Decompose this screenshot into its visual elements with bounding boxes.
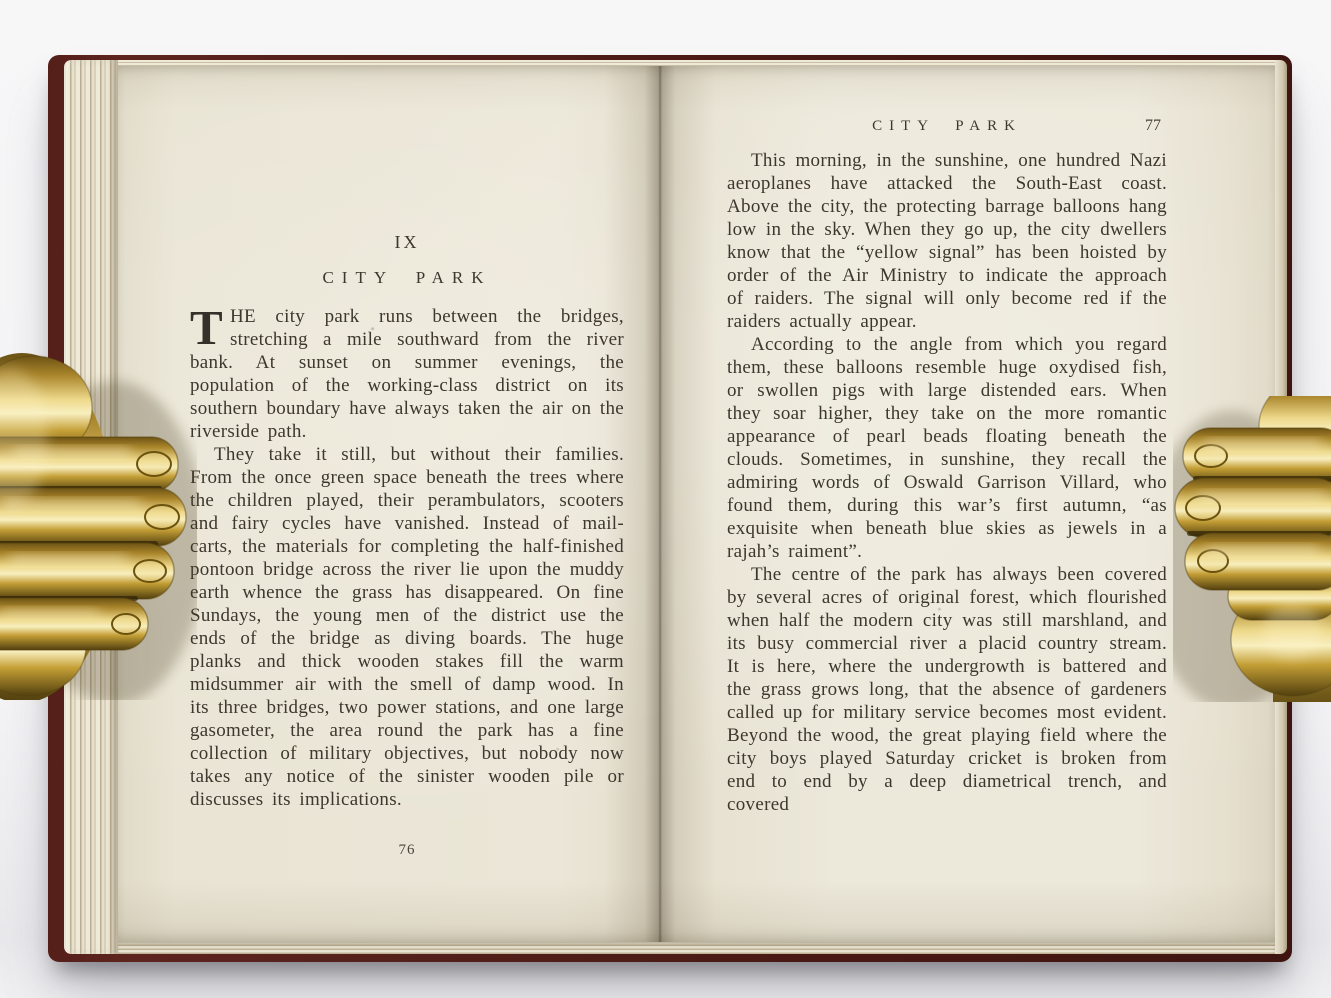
- open-pages: IX CITY PARK THE city park runs between …: [118, 66, 1275, 942]
- page-block: IX CITY PARK THE city park runs between …: [64, 60, 1287, 954]
- running-header-title: CITY PARK: [872, 118, 1022, 134]
- right-page-number: 77: [1145, 117, 1161, 135]
- right-page-content: This morning, in the sunshine, one hundr…: [727, 149, 1167, 816]
- right-paragraph-1: This morning, in the sunshine, one hundr…: [727, 149, 1167, 333]
- left-page-content: IX CITY PARK THE city park runs between …: [190, 232, 624, 811]
- chapter-number: IX: [190, 232, 624, 253]
- left-page-number: 76: [190, 842, 624, 859]
- photo-of-open-book: IX CITY PARK THE city park runs between …: [0, 0, 1331, 998]
- running-header: CITY PARK 77: [727, 118, 1167, 135]
- left-page: IX CITY PARK THE city park runs between …: [118, 66, 660, 942]
- drop-cap: T: [190, 305, 230, 348]
- page-edges-bottom: [118, 942, 1275, 954]
- page-edges-right: [1275, 60, 1287, 954]
- opening-paragraph-text: HE city park runs between the bridges, s…: [190, 306, 624, 442]
- book: IX CITY PARK THE city park runs between …: [48, 55, 1292, 962]
- chapter-title: CITY PARK: [190, 268, 624, 288]
- left-paragraph-1: THE city park runs between the bridges, …: [190, 305, 624, 443]
- right-page: CITY PARK 77 This morning, in the sunshi…: [660, 66, 1275, 942]
- right-paragraph-3: The centre of the park has always been c…: [727, 563, 1167, 816]
- page-edges-left: [64, 60, 118, 954]
- left-paragraph-2: They take it still, but without their fa…: [190, 443, 624, 811]
- right-paragraph-2: According to the angle from which you re…: [727, 333, 1167, 563]
